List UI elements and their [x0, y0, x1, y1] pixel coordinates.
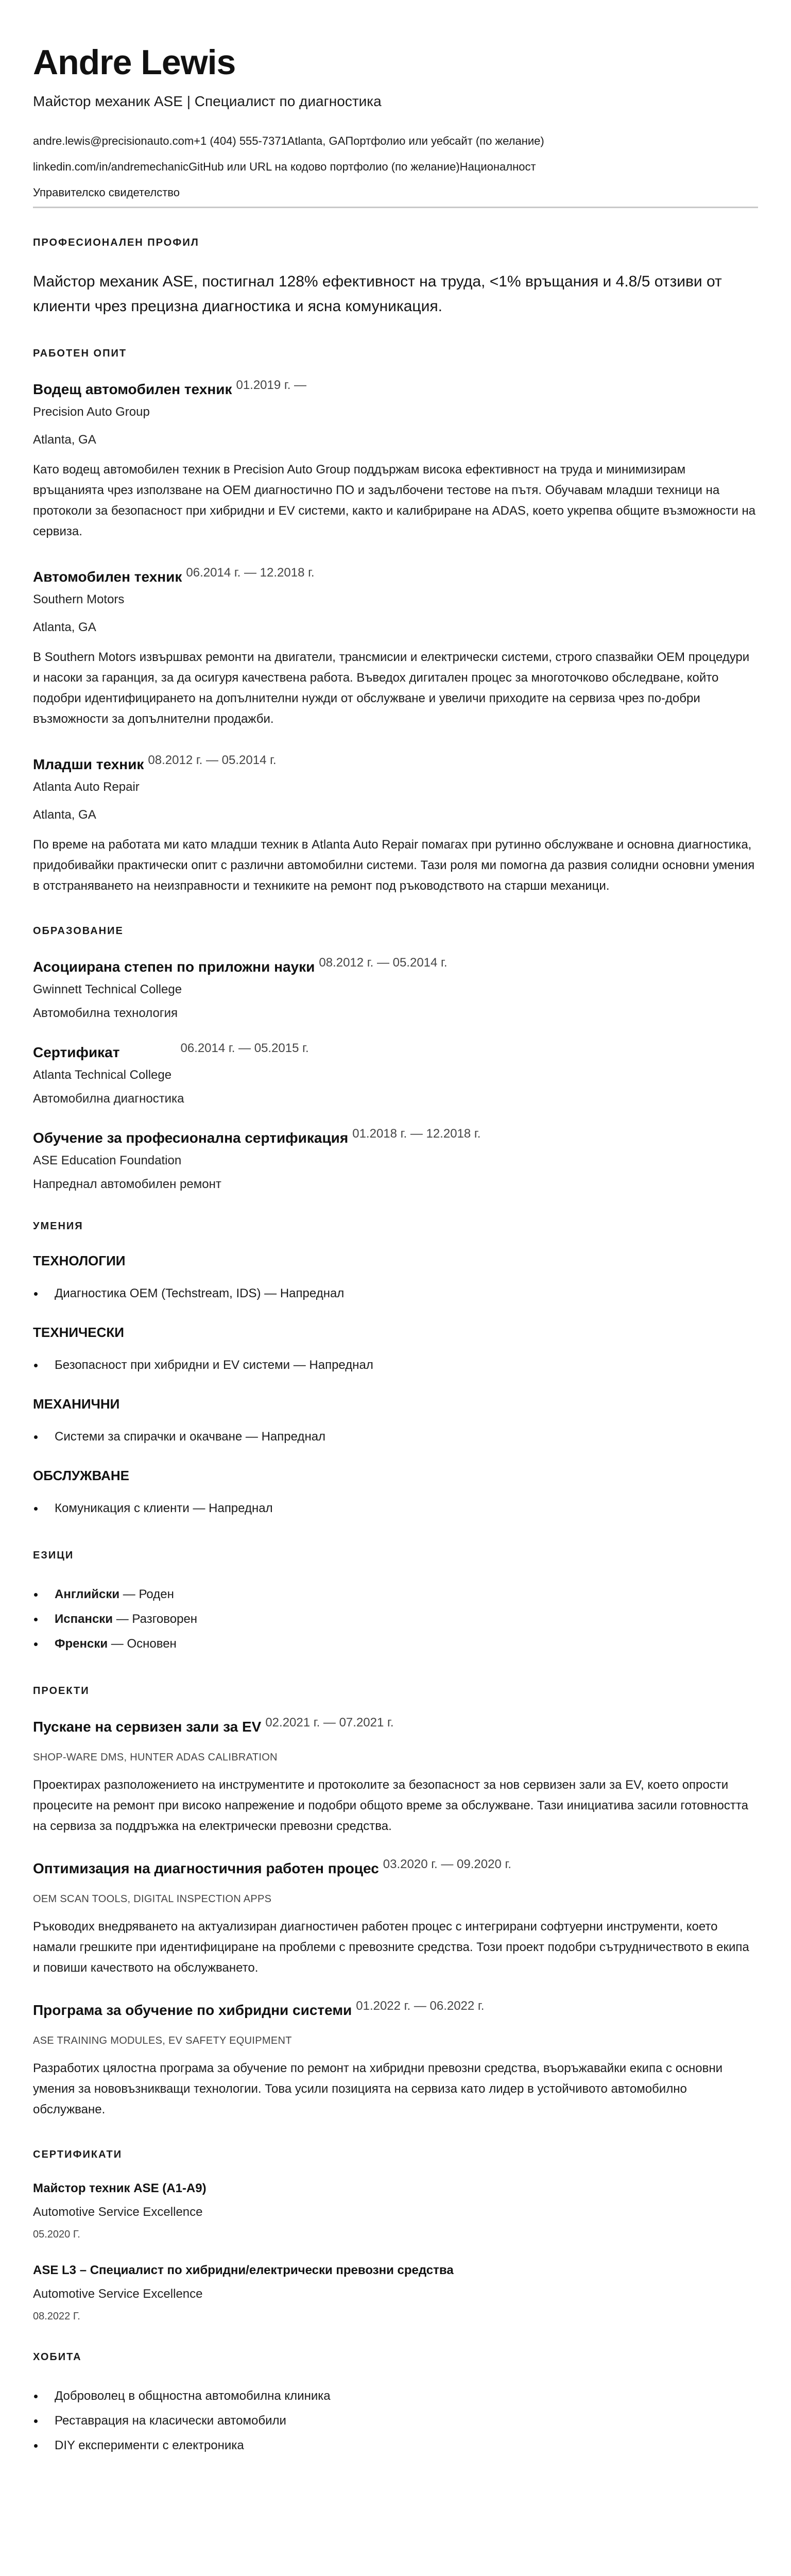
- job-location: Atlanta, GA: [33, 808, 758, 822]
- section-title: Работен опит: [33, 348, 758, 360]
- degree-title: Сертификат: [33, 1043, 119, 1062]
- project-dates: 01.2022 г. — 06.2022 г.: [356, 1999, 484, 2013]
- skill-group: Обслужване Комуникация с клиенти — Напре…: [33, 1468, 758, 1521]
- section-title: Хобита: [33, 2351, 758, 2363]
- certification-name: ASE L3 – Специалист по хибридни/електрич…: [33, 2263, 758, 2278]
- project-name: Програма за обучение по хибридни системи: [33, 2001, 352, 2020]
- education-entry: Сертификат 06.2014 г. — 05.2015 г. Atlan…: [33, 1043, 758, 1106]
- job-location: Atlanta, GA: [33, 620, 758, 635]
- project-tech: Shop-Ware DMS, Hunter ADAS Calibration: [33, 1752, 758, 1764]
- profile-section: Професионален профил Майстор механик ASE…: [33, 237, 758, 319]
- job-dates: 08.2012 г. — 05.2014 г.: [148, 753, 276, 768]
- skill-group: Технически Безопасност при хибридни и EV…: [33, 1325, 758, 1378]
- contact-row: andre.lewis@precisionauto.com+1 (404) 55…: [33, 128, 758, 154]
- degree-title: Обучение за професионална сертификация: [33, 1129, 348, 1147]
- school-name: Gwinnett Technical College: [33, 982, 758, 997]
- contact-row: linkedin.com/in/andremechanicGitHub или …: [33, 154, 758, 180]
- portfolio-link[interactable]: Портфолио или уебсайт (по желание): [345, 134, 544, 147]
- project-description: Разработих цялостна програма за обучение…: [33, 2058, 758, 2120]
- section-title: Умения: [33, 1221, 758, 1232]
- section-title: Езици: [33, 1550, 758, 1562]
- company-name: Precision Auto Group: [33, 405, 758, 419]
- language-level: Роден: [139, 1587, 174, 1601]
- school-name: Atlanta Technical College: [33, 1068, 758, 1082]
- hobbies-section: Хобита Доброволец в общностна автомобилн…: [33, 2351, 758, 2458]
- skill-group-title: Технически: [33, 1325, 758, 1341]
- project-tech: ASE Training Modules, EV Safety Equipmen…: [33, 2035, 758, 2047]
- skill-item: Безопасност при хибридни и EV системи — …: [33, 1353, 758, 1378]
- skill-group-title: Обслужване: [33, 1468, 758, 1484]
- certification-issuer: Automotive Service Excellence: [33, 2287, 758, 2301]
- project-dates: 02.2021 г. — 07.2021 г.: [265, 1716, 393, 1730]
- skill-item: Комуникация с клиенти — Напреднал: [33, 1496, 758, 1521]
- project-name: Оптимизация на диагностичния работен про…: [33, 1859, 379, 1878]
- projects-section: Проекти Пускане на сервизен зали за EV 0…: [33, 1685, 758, 2120]
- skill-group-title: Технологии: [33, 1253, 758, 1269]
- resume-page: Andre Lewis Майстор механик ASE | Специа…: [0, 0, 791, 2489]
- job-title: Водещ автомобилен техник: [33, 380, 232, 399]
- language-separator: —: [119, 1587, 139, 1601]
- project-entry: Оптимизация на диагностичния работен про…: [33, 1859, 758, 1978]
- certification-date: 05.2020 г.: [33, 2229, 758, 2241]
- experience-entry: Водещ автомобилен техник 01.2019 г. — Pr…: [33, 380, 758, 542]
- language-name: Испански: [55, 1612, 113, 1626]
- project-tech: OEM Scan Tools, Digital Inspection Apps: [33, 1893, 758, 1905]
- language-item: Английски — Роден: [33, 1582, 758, 1607]
- skill-group: Механични Системи за спирачки и окачване…: [33, 1396, 758, 1449]
- job-dates: 06.2014 г. — 12.2018 г.: [186, 566, 314, 580]
- education-entry: Асоциирана степен по приложни науки 08.2…: [33, 958, 758, 1021]
- skill-item: Диагностика OEM (Techstream, IDS) — Напр…: [33, 1281, 758, 1306]
- location-text: Atlanta, GA: [287, 134, 346, 147]
- language-level: Разговорен: [132, 1612, 197, 1626]
- section-title: Сертификати: [33, 2149, 758, 2161]
- drivers-license-text: Управителско свидетелство: [33, 186, 180, 199]
- certification-entry: ASE L3 – Специалист по хибридни/електрич…: [33, 2263, 758, 2323]
- experience-section: Работен опит Водещ автомобилен техник 01…: [33, 348, 758, 896]
- github-link[interactable]: GitHub или URL на кодово портфолио (по ж…: [188, 160, 460, 173]
- language-item: Френски — Основен: [33, 1632, 758, 1656]
- languages-section: Езици Английски — Роден Испански — Разго…: [33, 1550, 758, 1656]
- job-description: В Southern Motors извършвах ремонти на д…: [33, 647, 758, 730]
- project-entry: Пускане на сервизен зали за EV 02.2021 г…: [33, 1718, 758, 1837]
- header-divider: [33, 207, 758, 208]
- contact-info: andre.lewis@precisionauto.com+1 (404) 55…: [33, 128, 758, 206]
- company-name: Southern Motors: [33, 592, 758, 607]
- hobby-item: Доброволец в общностна автомобилна клини…: [33, 2384, 758, 2409]
- education-section: Образование Асоциирана степен по приложн…: [33, 925, 758, 1192]
- skill-group-title: Механични: [33, 1396, 758, 1412]
- language-item: Испански — Разговорен: [33, 1607, 758, 1632]
- certification-entry: Майстор техник ASE (A1-A9) Automotive Se…: [33, 2181, 758, 2241]
- field-of-study: Напреднал автомобилен ремонт: [33, 1177, 758, 1192]
- experience-entry: Младши техник 08.2012 г. — 05.2014 г. At…: [33, 755, 758, 896]
- profile-summary: Майстор механик ASE, постигнал 128% ефек…: [33, 269, 758, 319]
- job-location: Atlanta, GA: [33, 433, 758, 447]
- project-dates: 03.2020 г. — 09.2020 г.: [383, 1857, 511, 1872]
- education-dates: 08.2012 г. — 05.2014 г.: [319, 956, 447, 970]
- job-title: Автомобилен техник: [33, 568, 182, 586]
- language-name: Английски: [55, 1587, 119, 1601]
- email-link[interactable]: andre.lewis@precisionauto.com: [33, 134, 194, 147]
- certification-date: 08.2022 г.: [33, 2311, 758, 2323]
- project-entry: Програма за обучение по хибридни системи…: [33, 2001, 758, 2120]
- project-description: Проектирах разположението на инструменти…: [33, 1775, 758, 1837]
- project-name: Пускане на сервизен зали за EV: [33, 1718, 261, 1736]
- job-dates: 01.2019 г. —: [236, 378, 306, 393]
- education-dates: 01.2018 г. — 12.2018 г.: [352, 1127, 480, 1141]
- skill-group: Технологии Диагностика OEM (Techstream, …: [33, 1253, 758, 1306]
- field-of-study: Автомобилна технология: [33, 1006, 758, 1021]
- project-description: Ръководих внедряването на актуализиран д…: [33, 1917, 758, 1978]
- education-dates: 06.2014 г. — 05.2015 г.: [180, 1041, 308, 1056]
- experience-entry: Автомобилен техник 06.2014 г. — 12.2018 …: [33, 568, 758, 730]
- hobby-item: Реставрация на класически автомобили: [33, 2409, 758, 2433]
- candidate-headline: Майстор механик ASE | Специалист по диаг…: [33, 93, 758, 110]
- certification-issuer: Automotive Service Excellence: [33, 2205, 758, 2219]
- language-separator: —: [108, 1637, 127, 1651]
- hobby-item: DIY експерименти с електроника: [33, 2433, 758, 2458]
- job-description: По време на работата ми като младши техн…: [33, 835, 758, 896]
- job-description: Като водещ автомобилен техник в Precisio…: [33, 460, 758, 542]
- certifications-section: Сертификати Майстор техник ASE (A1-A9) A…: [33, 2149, 758, 2323]
- skills-section: Умения Технологии Диагностика OEM (Techs…: [33, 1221, 758, 1521]
- section-title: Проекти: [33, 1685, 758, 1697]
- certification-name: Майстор техник ASE (A1-A9): [33, 2181, 758, 2196]
- contact-row: Управителско свидетелство: [33, 180, 758, 206]
- section-title: Професионален профил: [33, 237, 758, 249]
- school-name: ASE Education Foundation: [33, 1154, 758, 1168]
- degree-title: Асоциирана степен по приложни науки: [33, 958, 315, 976]
- company-name: Atlanta Auto Repair: [33, 780, 758, 794]
- resume-header: Andre Lewis Майстор механик ASE | Специа…: [33, 43, 758, 208]
- language-separator: —: [113, 1612, 132, 1626]
- candidate-name: Andre Lewis: [33, 43, 758, 82]
- linkedin-link[interactable]: linkedin.com/in/andremechanic: [33, 160, 188, 173]
- section-title: Образование: [33, 925, 758, 937]
- language-name: Френски: [55, 1637, 108, 1651]
- skill-item: Системи за спирачки и окачване — Напредн…: [33, 1425, 758, 1449]
- field-of-study: Автомобилна диагностика: [33, 1092, 758, 1106]
- job-title: Младши техник: [33, 755, 144, 774]
- nationality-text: Националност: [460, 160, 536, 173]
- education-entry: Обучение за професионална сертификация 0…: [33, 1129, 758, 1192]
- language-level: Основен: [127, 1637, 176, 1651]
- phone-link[interactable]: +1 (404) 555-7371: [194, 134, 287, 147]
